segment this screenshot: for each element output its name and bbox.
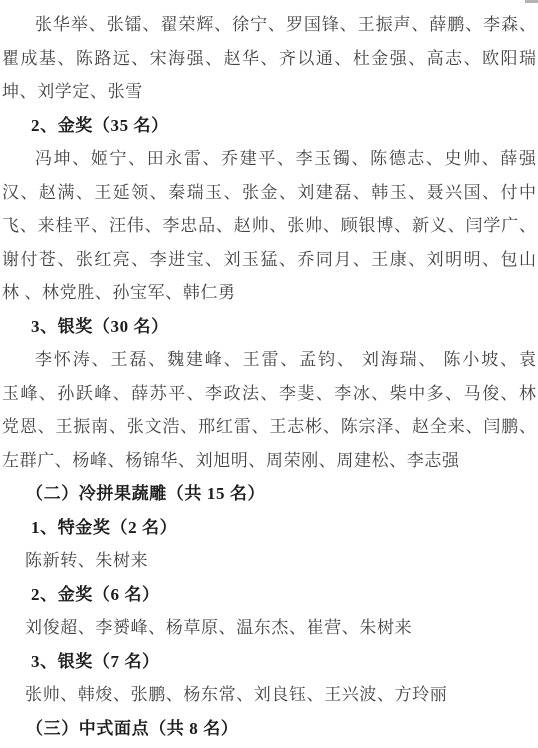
heading-gold-award: 2、金奖（6 名） bbox=[2, 578, 536, 612]
award-names-line: 党恩、王振南、张文浩、邢红雷、王志彬、陈宗泽、赵全来、闫鹏、 bbox=[2, 410, 536, 444]
award-names-line: 冯坤、姬宁、田永雷、乔建平、李玉镯、陈德志、史帅、薛强 bbox=[2, 142, 536, 176]
document-page: 张华举、张镭、翟荣辉、徐宁、罗国锋、王振声、薛鹏、李森、 瞿成基、陈路远、宋海强… bbox=[0, 0, 538, 748]
award-names-line: 张华举、张镭、翟荣辉、徐宁、罗国锋、王振声、薛鹏、李森、 bbox=[2, 8, 536, 42]
heading-silver-award: 3、银奖（30 名） bbox=[2, 310, 536, 344]
award-names-line: 坤、刘学定、张雪 bbox=[2, 75, 536, 109]
award-names-line: 瞿成基、陈路远、宋海强、赵华、齐以通、杜金强、高志、欧阳瑞 bbox=[2, 42, 536, 76]
heading-section-cold-platter: （二）冷拼果蔬雕（共 15 名） bbox=[2, 477, 536, 511]
award-names-line: 谢付苍、张红亮、李进宝、刘玉猛、乔同月、王康、刘明明、包山 bbox=[2, 243, 536, 277]
award-names-line: 张帅、韩焌、张鹏、杨东常、刘良钰、王兴波、方玲丽 bbox=[2, 678, 536, 712]
award-names-line: 汉、赵满、王延领、秦瑞玉、张金、刘建磊、韩玉、聂兴国、付中 bbox=[2, 176, 536, 210]
heading-special-gold-award: 1、特金奖（2 名） bbox=[2, 511, 536, 545]
award-names-line: 陈新转、朱树来 bbox=[2, 544, 536, 578]
award-names-line: 飞、来桂平、汪伟、李忠品、赵帅、张帅、顾银博、新义、闫学广、 bbox=[2, 209, 536, 243]
award-names-line: 玉峰、孙跃峰、薛苏平、李政法、李斐、李冰、柴中多、马俊、林 bbox=[2, 377, 536, 411]
heading-gold-award: 2、金奖（35 名） bbox=[2, 109, 536, 143]
scrollbar-fragment[interactable] bbox=[525, 0, 538, 3]
heading-silver-award: 3、银奖（7 名） bbox=[2, 645, 536, 679]
award-names-line: 刘俊超、李赟峰、杨草原、温东杰、崔营、朱树来 bbox=[2, 611, 536, 645]
award-names-line: 左群广、杨峰、杨锦华、刘旭明、周荣刚、周建松、李志强 bbox=[2, 444, 536, 478]
heading-section-chinese-pastry: （三）中式面点（共 8 名） bbox=[2, 712, 536, 746]
award-names-line: 林 、林党胜、孙宝军、韩仁勇 bbox=[2, 276, 536, 310]
award-names-line: 李怀涛、王磊、魏建峰、王雷、孟钧、 刘海瑞、 陈小坡、袁 bbox=[2, 343, 536, 377]
